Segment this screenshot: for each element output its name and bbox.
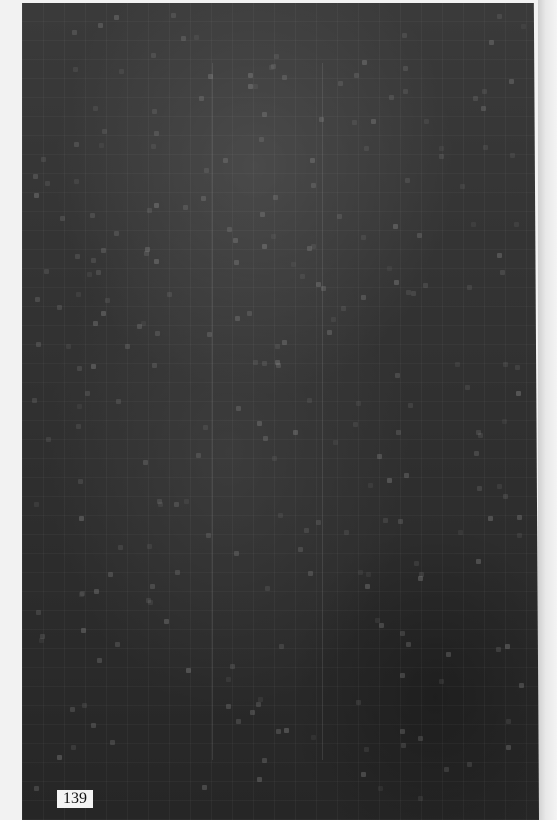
inscription-mark (233, 238, 238, 243)
inscription-mark (32, 398, 37, 403)
inscription-mark (181, 36, 186, 41)
inscription-mark (36, 610, 41, 615)
inscription-mark (517, 533, 522, 538)
inscription-mark (321, 286, 326, 291)
inscription-mark (411, 291, 416, 296)
inscription-mark (274, 54, 279, 59)
inscription-mark (227, 227, 232, 232)
inscription-mark (517, 515, 522, 520)
inscription-mark (408, 403, 413, 408)
inscription-mark (208, 74, 213, 79)
inscription-mark (282, 75, 287, 80)
inscription-mark (94, 589, 99, 594)
inscription-mark (105, 298, 110, 303)
inscription-mark (368, 483, 373, 488)
inscription-mark (310, 158, 315, 163)
inscription-mark (196, 453, 201, 458)
inscription-mark (174, 502, 179, 507)
inscription-mark (186, 668, 191, 673)
inscription-mark (183, 205, 188, 210)
inscription-mark (34, 193, 39, 198)
inscription-mark (502, 419, 507, 424)
inscription-mark (262, 244, 267, 249)
inscription-mark (206, 533, 211, 538)
inscription-mark (175, 570, 180, 575)
inscription-mark (478, 433, 483, 438)
inscription-mark (394, 280, 399, 285)
inscription-mark (57, 305, 62, 310)
column-rule (322, 63, 323, 760)
inscription-mark (503, 362, 508, 367)
inscription-mark (34, 786, 39, 791)
inscription-mark (398, 519, 403, 524)
inscription-mark (506, 745, 511, 750)
inscription-mark (201, 196, 206, 201)
inscription-mark (262, 361, 267, 366)
inscription-mark (74, 142, 79, 147)
inscription-mark (76, 424, 81, 429)
inscription-mark (304, 528, 309, 533)
inscription-mark (276, 729, 281, 734)
inscription-mark (341, 306, 346, 311)
inscription-mark (36, 342, 41, 347)
inscription-mark (509, 79, 514, 84)
inscription-mark (235, 316, 240, 321)
inscription-mark (87, 272, 92, 277)
inscription-mark (77, 404, 82, 409)
inscription-mark (269, 65, 274, 70)
inscription-mark (97, 658, 102, 663)
inscription-mark (154, 203, 159, 208)
inscription-mark (473, 96, 478, 101)
inscription-mark (90, 213, 95, 218)
inscription-mark (439, 146, 444, 151)
inscription-mark (488, 516, 493, 521)
inscription-mark (358, 570, 363, 575)
inscription-mark (414, 561, 419, 566)
inscription-mark (383, 518, 388, 523)
inscription-mark (311, 183, 316, 188)
inscription-mark (77, 366, 82, 371)
inscription-mark (514, 222, 519, 227)
inscription-mark (207, 332, 212, 337)
inscription-mark (300, 274, 305, 279)
inscription-mark (152, 109, 157, 114)
inscription-mark (259, 137, 264, 142)
inscription-mark (236, 719, 241, 724)
stele-rubbing-image (22, 3, 539, 820)
inscription-mark (167, 292, 172, 297)
inscription-mark (467, 285, 472, 290)
inscription-mark (338, 81, 343, 86)
inscription-mark (93, 321, 98, 326)
column-rule (212, 63, 213, 760)
inscription-mark (80, 591, 85, 596)
inscription-mark (164, 619, 169, 624)
inscription-mark (114, 15, 119, 20)
inscription-mark (278, 513, 283, 518)
inscription-mark (404, 473, 409, 478)
inscription-mark (262, 758, 267, 763)
inscription-mark (474, 451, 479, 456)
inscription-mark (331, 317, 336, 322)
inscription-mark (316, 520, 321, 525)
inscription-mark (146, 598, 151, 603)
inscription-mark (395, 373, 400, 378)
inscription-mark (308, 571, 313, 576)
inscription-mark (279, 644, 284, 649)
inscription-mark (171, 13, 176, 18)
inscription-mark (44, 269, 49, 274)
inscription-mark (57, 755, 62, 760)
inscription-mark (371, 119, 376, 124)
inscription-mark (298, 547, 303, 552)
inscription-mark (406, 290, 411, 295)
inscription-mark (275, 344, 280, 349)
inscription-mark (91, 364, 96, 369)
inscription-mark (71, 745, 76, 750)
inscription-mark (333, 440, 338, 445)
inscription-mark (505, 644, 510, 649)
inscription-mark (401, 743, 406, 748)
inscription-mark (467, 762, 472, 767)
page-edge (538, 0, 557, 820)
inscription-mark (361, 772, 366, 777)
inscription-mark (46, 437, 51, 442)
inscription-mark (99, 143, 104, 148)
inscription-mark (353, 422, 358, 427)
inscription-mark (151, 144, 156, 149)
inscription-mark (393, 224, 398, 229)
inscription-mark (230, 664, 235, 669)
inscription-mark (519, 683, 524, 688)
inscription-mark (510, 153, 515, 158)
inscription-mark (226, 704, 231, 709)
inscription-mark (116, 399, 121, 404)
inscription-mark (108, 572, 113, 577)
inscription-mark (354, 73, 359, 78)
inscription-mark (91, 258, 96, 263)
inscription-mark (263, 436, 268, 441)
inscription-mark (154, 131, 159, 136)
inscription-mark (265, 586, 270, 591)
inscription-mark (489, 40, 494, 45)
inscription-mark (365, 584, 370, 589)
inscription-mark (424, 119, 429, 124)
inscription-mark (439, 679, 444, 684)
inscription-mark (226, 677, 231, 682)
inscription-mark (439, 154, 444, 159)
inscription-mark (257, 421, 262, 426)
inscription-mark (199, 96, 204, 101)
inscription-mark (521, 24, 526, 29)
inscription-mark (361, 295, 366, 300)
inscription-mark (194, 35, 199, 40)
inscription-mark (379, 623, 384, 628)
inscription-mark (293, 430, 298, 435)
inscription-mark (458, 530, 463, 535)
inscription-mark (82, 703, 87, 708)
inscription-mark (418, 576, 423, 581)
inscription-mark (406, 642, 411, 647)
inscription-mark (110, 740, 115, 745)
inscription-mark (361, 235, 366, 240)
page-number: 139 (57, 790, 93, 808)
inscription-mark (516, 391, 521, 396)
inscription-mark (223, 158, 228, 163)
inscription-mark (387, 266, 392, 271)
inscription-mark (262, 112, 267, 117)
inscription-mark (482, 89, 487, 94)
inscription-mark (250, 710, 255, 715)
inscription-mark (125, 344, 130, 349)
inscription-mark (119, 69, 124, 74)
inscription-mark (256, 702, 261, 707)
inscription-mark (319, 117, 324, 122)
inscription-mark (152, 363, 157, 368)
inscription-mark (352, 120, 357, 125)
inscription-mark (455, 362, 460, 367)
inscription-mark (418, 796, 423, 801)
inscription-mark (155, 331, 160, 336)
inscription-mark (73, 67, 78, 72)
inscription-mark (402, 33, 407, 38)
inscription-mark (378, 786, 383, 791)
inscription-mark (41, 157, 46, 162)
inscription-mark (476, 559, 481, 564)
inscription-mark (273, 195, 278, 200)
inscription-mark (496, 647, 501, 652)
inscription-mark (284, 728, 289, 733)
inscription-mark (45, 181, 50, 186)
inscription-mark (366, 572, 371, 577)
inscription-mark (377, 454, 382, 459)
inscription-mark (362, 60, 367, 65)
inscription-mark (506, 719, 511, 724)
inscription-mark (276, 363, 281, 368)
inscription-mark (75, 254, 80, 259)
inscription-mark (282, 340, 287, 345)
inscription-mark (248, 84, 253, 89)
inscription-mark (234, 260, 239, 265)
inscription-mark (446, 652, 451, 657)
inscription-mark (483, 145, 488, 150)
inscription-mark (417, 233, 422, 238)
inscription-mark (403, 66, 408, 71)
inscription-mark (96, 270, 101, 275)
inscription-mark (291, 262, 296, 267)
inscription-mark (503, 494, 508, 499)
inscription-mark (101, 248, 106, 253)
inscription-mark (257, 777, 262, 782)
inscription-mark (356, 401, 361, 406)
inscription-mark (85, 391, 90, 396)
inscription-mark (35, 297, 40, 302)
inscription-mark (337, 214, 342, 219)
inscription-mark (477, 486, 482, 491)
inscription-mark (79, 516, 84, 521)
inscription-mark (81, 628, 86, 633)
inscription-mark (184, 499, 189, 504)
inscription-mark (91, 723, 96, 728)
inscription-mark (356, 700, 361, 705)
inscription-mark (93, 106, 98, 111)
inscription-mark (307, 398, 312, 403)
inscription-mark (418, 736, 423, 741)
inscription-mark (234, 551, 239, 556)
inscription-mark (272, 456, 277, 461)
inscription-mark (258, 697, 263, 702)
inscription-mark (465, 385, 470, 390)
inscription-mark (344, 530, 349, 535)
inscription-mark (316, 282, 321, 287)
inscription-mark (204, 168, 209, 173)
inscription-mark (158, 502, 163, 507)
inscription-mark (70, 707, 75, 712)
inscription-mark (150, 584, 155, 589)
inscription-mark (114, 231, 119, 236)
inscription-mark (405, 178, 410, 183)
inscription-mark (102, 129, 107, 134)
inscription-mark (460, 184, 465, 189)
inscription-mark (403, 89, 408, 94)
inscription-mark (66, 344, 71, 349)
inscription-mark (364, 146, 369, 151)
inscription-mark (515, 365, 520, 370)
inscription-mark (101, 311, 106, 316)
inscription-mark (396, 430, 401, 435)
inscription-mark (497, 484, 502, 489)
inscription-mark (98, 23, 103, 28)
inscription-mark (143, 460, 148, 465)
inscription-mark (33, 174, 38, 179)
inscription-mark (39, 638, 44, 643)
inscription-mark (400, 673, 405, 678)
inscription-mark (497, 253, 502, 258)
inscription-mark (147, 544, 152, 549)
inscription-mark (72, 30, 77, 35)
inscription-mark (327, 330, 332, 335)
inscription-mark (444, 767, 449, 772)
inscription-mark (147, 208, 152, 213)
inscription-mark (387, 478, 392, 483)
inscription-mark (154, 259, 159, 264)
inscription-mark (253, 84, 258, 89)
inscription-mark (34, 502, 39, 507)
inscription-mark (248, 73, 253, 78)
inscription-mark (481, 106, 486, 111)
inscription-mark (400, 729, 405, 734)
inscription-mark (141, 321, 146, 326)
inscription-mark (271, 234, 276, 239)
inscription-mark (76, 292, 81, 297)
inscription-mark (260, 212, 265, 217)
inscription-mark (203, 425, 208, 430)
inscription-mark (471, 222, 476, 227)
inscription-mark (253, 360, 258, 365)
inscription-mark (497, 14, 502, 19)
inscription-mark (115, 642, 120, 647)
inscription-mark (389, 95, 394, 100)
inscription-mark (364, 747, 369, 752)
inscription-mark (400, 631, 405, 636)
inscription-mark (311, 244, 316, 249)
inscription-mark (423, 283, 428, 288)
inscription-mark (247, 311, 252, 316)
inscription-mark (78, 479, 83, 484)
inscription-mark (60, 216, 65, 221)
inscription-mark (151, 53, 156, 58)
inscription-mark (236, 406, 241, 411)
inscription-mark (500, 270, 505, 275)
inscription-mark (118, 545, 123, 550)
inscription-mark (202, 785, 207, 790)
inscription-mark (311, 735, 316, 740)
inscription-mark (144, 251, 149, 256)
inscription-mark (74, 179, 79, 184)
